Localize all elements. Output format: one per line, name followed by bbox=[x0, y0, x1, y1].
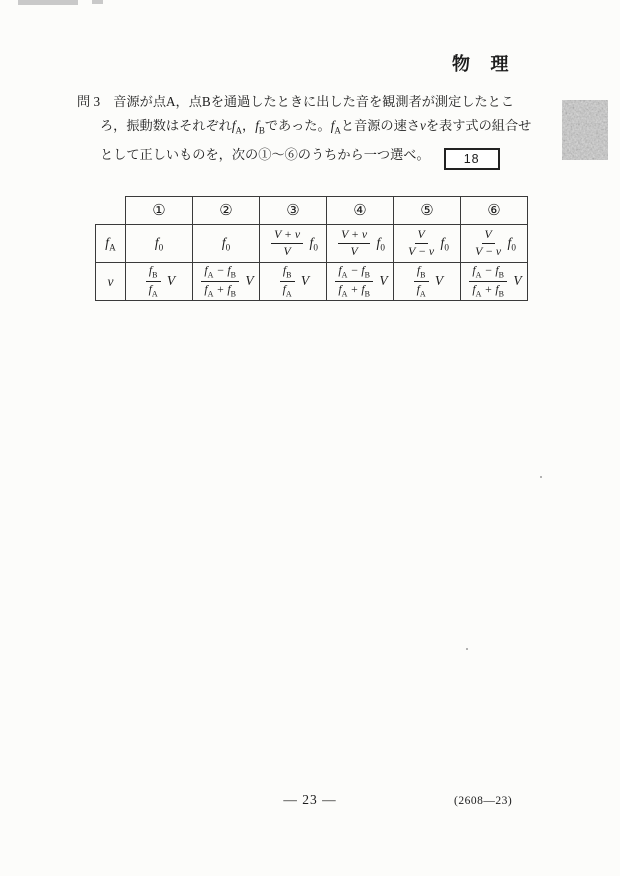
formula: V + vV f0 bbox=[335, 235, 385, 250]
scan-speck bbox=[466, 648, 468, 650]
page-number: — 23 — bbox=[0, 792, 620, 808]
option-number-1: ① bbox=[126, 197, 193, 225]
formula-cell: VV − v f0 bbox=[461, 225, 528, 263]
question-text: 問 3 音源が点A，点Bを通過したときに出した音を観測者が測定したところ，振動数… bbox=[77, 90, 552, 170]
inline-math: fA bbox=[232, 118, 242, 133]
inline-math: fA bbox=[331, 118, 341, 133]
formula-cell: VV − v f0 bbox=[394, 225, 461, 263]
formula: fBfA V bbox=[143, 273, 175, 288]
formula: fA − fBfA + fB V bbox=[466, 273, 521, 288]
question-line-text: 問 3 音源が点A，点Bを通過したときに出した音を観測者が測定したとこ bbox=[77, 94, 514, 109]
option-number-4: ④ bbox=[327, 197, 394, 225]
formula: V + vV f0 bbox=[268, 235, 318, 250]
formula: f0 bbox=[222, 235, 230, 250]
formula: VV − v f0 bbox=[472, 235, 516, 250]
table-corner-cell bbox=[96, 197, 126, 225]
formula-cell: fA − fBfA + fB V bbox=[193, 263, 260, 301]
formula-cell: fA − fBfA + fB V bbox=[461, 263, 528, 301]
inline-math: fB bbox=[255, 118, 265, 133]
question-line-text: を表す式の組合せ bbox=[426, 118, 532, 133]
question-line: ろ，振動数はそれぞれfA，fBであった。fAと音源の速さvを表す式の組合せ bbox=[77, 114, 552, 143]
option-number-3: ③ bbox=[260, 197, 327, 225]
scan-speck bbox=[540, 476, 542, 478]
options-table-body: fAf0f0V + vV f0V + vV f0VV − v f0VV − v … bbox=[96, 225, 528, 301]
formula-cell: fBfA V bbox=[260, 263, 327, 301]
question-line-text: として正しいものを，次の①～⑥のうちから一つ選べ。 bbox=[100, 147, 430, 162]
scan-noise-texture bbox=[562, 100, 608, 160]
subject-title: 物 理 bbox=[452, 50, 510, 76]
answer-number-box: 18 bbox=[444, 148, 500, 170]
row-label: v bbox=[96, 263, 126, 301]
print-code: (2608—23) bbox=[454, 795, 512, 807]
scan-artifact-bar bbox=[18, 0, 78, 5]
exam-page: 物 理 問 3 音源が点A，点Bを通過したときに出した音を観測者が測定したところ… bbox=[0, 0, 620, 876]
formula: fA − fBfA + fB V bbox=[332, 273, 387, 288]
formula: fA − fBfA + fB V bbox=[198, 273, 253, 288]
formula-cell: V + vV f0 bbox=[327, 225, 394, 263]
table-row: fAf0f0V + vV f0V + vV f0VV − v f0VV − v … bbox=[96, 225, 528, 263]
option-number-row: ①②③④⑤⑥ bbox=[96, 197, 528, 225]
formula: VV − v f0 bbox=[405, 235, 449, 250]
option-number-6: ⑥ bbox=[461, 197, 528, 225]
question-line-text: であった。 bbox=[265, 118, 331, 133]
formula: fBfA V bbox=[277, 273, 309, 288]
options-table: ①②③④⑤⑥ fAf0f0V + vV f0V + vV f0VV − v f0… bbox=[95, 196, 528, 301]
option-number-2: ② bbox=[193, 197, 260, 225]
question-line: 問 3 音源が点A，点Bを通過したときに出した音を観測者が測定したとこ bbox=[77, 90, 552, 114]
formula-cell: f0 bbox=[126, 225, 193, 263]
formula-cell: f0 bbox=[193, 225, 260, 263]
question-line-text: ， bbox=[242, 118, 255, 133]
row-label: fA bbox=[96, 225, 126, 263]
formula-cell: fBfA V bbox=[394, 263, 461, 301]
formula: fBfA V bbox=[411, 273, 443, 288]
scan-artifact-bar bbox=[92, 0, 103, 4]
question-line: として正しいものを，次の①～⑥のうちから一つ選べ。18 bbox=[77, 143, 552, 170]
formula: f0 bbox=[155, 235, 163, 250]
question-line-text: ろ，振動数はそれぞれ bbox=[100, 118, 232, 133]
formula-cell: V + vV f0 bbox=[260, 225, 327, 263]
formula-cell: fBfA V bbox=[126, 263, 193, 301]
formula-cell: fA − fBfA + fB V bbox=[327, 263, 394, 301]
table-row: vfBfA VfA − fBfA + fB VfBfA VfA − fBfA +… bbox=[96, 263, 528, 301]
option-number-5: ⑤ bbox=[394, 197, 461, 225]
question-line-text: と音源の速さ bbox=[341, 118, 420, 133]
